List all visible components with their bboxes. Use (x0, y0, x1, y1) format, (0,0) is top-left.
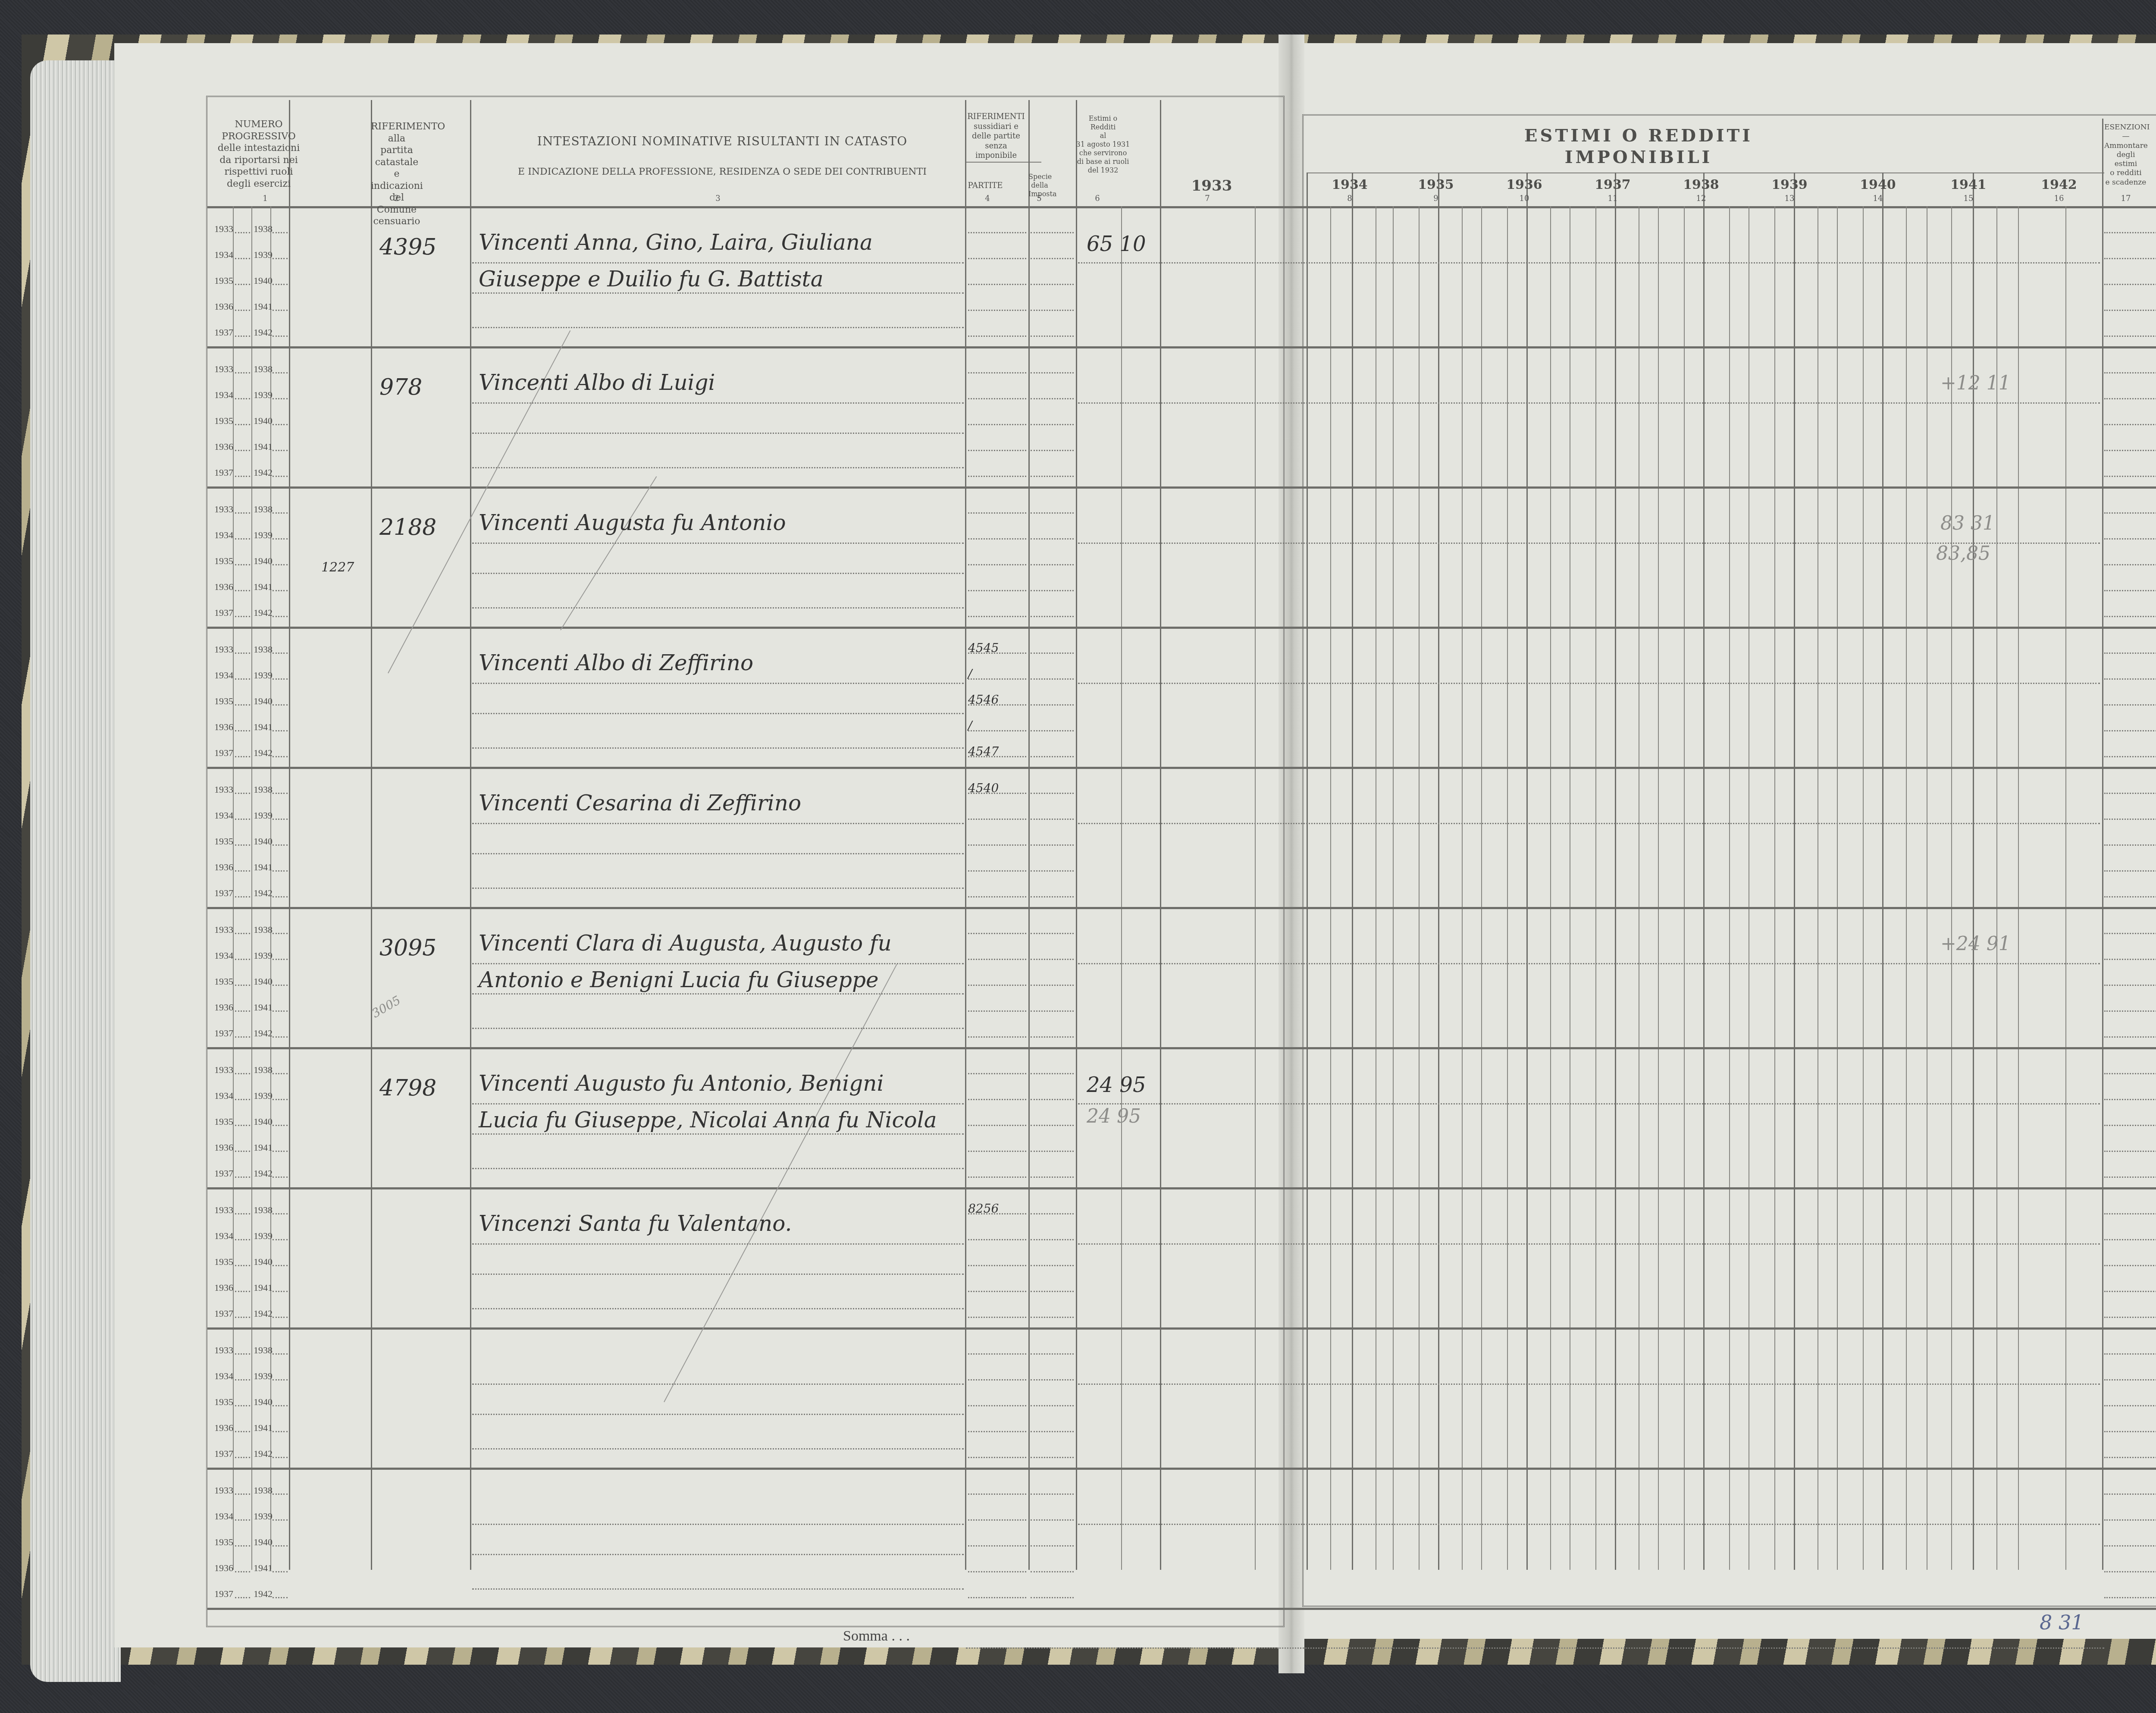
dotted-rule (235, 1317, 250, 1318)
dotted-rule (273, 590, 288, 591)
amount-rule (1078, 1524, 2100, 1525)
name-rule (472, 262, 964, 264)
entry-divider (207, 486, 2156, 489)
column-rule (1882, 173, 1883, 1570)
column-subrule (1906, 206, 1907, 1570)
dotted-rule (235, 284, 250, 285)
col17-sub: degli estimi (2104, 151, 2147, 169)
column-rule (1837, 206, 1838, 1570)
entry-divider (207, 1187, 2156, 1189)
dotted-rule (968, 844, 1026, 846)
dotted-rule (273, 819, 288, 820)
dotted-rule (2104, 870, 2156, 872)
dotted-rule (273, 512, 288, 514)
dotted-rule (273, 372, 288, 373)
year-left: 1933 (214, 924, 233, 935)
dotted-rule (2104, 258, 2156, 259)
dotted-rule (968, 985, 1026, 986)
dotted-rule (1031, 1379, 1074, 1380)
dotted-rule (2104, 1213, 2156, 1214)
dotted-rule (273, 1036, 288, 1038)
dotted-rule (273, 1597, 288, 1598)
owner-name-line1: Vincenti Augusto fu Antonio, Benigni (479, 1071, 884, 1096)
owner-name-line1: Vincenti Anna, Gino, Laira, Giuliana (479, 230, 873, 255)
year-left: 1935 (214, 1396, 233, 1408)
name-rule (472, 543, 964, 544)
col3-subtitle: E INDICAZIONE DELLA PROFESSIONE, RESIDEN… (474, 166, 970, 178)
dotted-rule (2104, 933, 2156, 934)
dotted-rule (235, 1099, 250, 1100)
dotted-rule (273, 1151, 288, 1152)
year-left: 1936 (214, 1002, 233, 1013)
dotted-rule (235, 590, 250, 591)
column-rule (289, 100, 290, 1570)
dotted-rule (2104, 1265, 2156, 1266)
dotted-rule (1031, 870, 1074, 872)
dotted-rule (968, 1545, 1026, 1547)
dotted-rule (2104, 1353, 2156, 1355)
column-subrule (1774, 206, 1775, 1570)
col17-sub: Ammontare (2104, 141, 2147, 151)
dotted-rule (1031, 284, 1074, 285)
year-left: 1937 (214, 1168, 233, 1179)
year-right: 1941 (254, 1282, 273, 1293)
dotted-rule (1031, 1493, 1074, 1495)
column-number: 9 (1423, 194, 1449, 203)
column-rule (470, 100, 471, 1570)
year-left: 1937 (214, 1588, 233, 1600)
dotted-rule (2104, 1317, 2156, 1318)
dotted-rule (1031, 590, 1074, 591)
col6-line: Estimi o Redditi (1075, 114, 1131, 132)
year-right: 1941 (254, 441, 273, 452)
dotted-rule (2104, 959, 2156, 960)
year-left: 1933 (214, 644, 233, 655)
dotted-rule (968, 1151, 1026, 1152)
dotted-rule (235, 1545, 250, 1547)
dotted-rule (273, 985, 288, 986)
dotted-rule (235, 985, 250, 986)
amount-rule (1078, 683, 2100, 684)
column-subrule (1951, 206, 1952, 1570)
year-left: 1937 (214, 327, 233, 338)
dotted-rule (2104, 476, 2156, 477)
dotted-rule (1031, 616, 1074, 617)
partita-number: 978 (379, 374, 422, 400)
owner-name-line2: Giuseppe e Duilio fu G. Battista (479, 267, 823, 292)
column-subrule (1684, 206, 1685, 1570)
col6-line: di base ai ruoli (1075, 157, 1131, 166)
col2-sub: alla partita catastale (371, 133, 423, 169)
dotted-rule (1031, 1036, 1074, 1038)
somma-label: Somma . . . (843, 1628, 910, 1644)
table-bottom-rule (207, 1608, 2156, 1610)
dotted-rule (1031, 844, 1074, 846)
year-left: 1937 (214, 1028, 233, 1039)
column-rule (1481, 206, 1482, 1570)
column-rule (1526, 173, 1528, 1570)
amount-1941: +12 11 (1940, 372, 2011, 394)
amount-1941: +24 91 (1940, 933, 2011, 955)
year-right: 1939 (254, 670, 273, 681)
dotted-rule (273, 1010, 288, 1012)
dotted-rule (273, 1239, 288, 1240)
year-right: 1942 (254, 1168, 273, 1179)
year-right: 1938 (254, 1205, 273, 1216)
column-subrule (1996, 206, 1997, 1570)
dotted-rule (273, 704, 288, 706)
column-rule (2102, 119, 2103, 1570)
dotted-rule (235, 870, 250, 872)
dotted-rule (235, 1519, 250, 1521)
dotted-rule (968, 512, 1026, 514)
year-left: 1935 (214, 1256, 233, 1267)
year-left: 1935 (214, 275, 233, 286)
estimo-1931-revised: 24 95 (1087, 1105, 1141, 1127)
dotted-rule (1031, 1571, 1074, 1572)
name-rule (472, 888, 964, 889)
dotted-rule (273, 1519, 288, 1521)
column-subrule (1550, 206, 1551, 1570)
column-subrule (1639, 206, 1639, 1570)
dotted-rule (2104, 896, 2156, 897)
year-right: 1938 (254, 1345, 273, 1356)
column-subrule (1863, 206, 1864, 1570)
dotted-rule (2104, 1431, 2156, 1432)
year-left: 1936 (214, 581, 233, 593)
year-left: 1933 (214, 1064, 233, 1076)
form-model-label: Mod. 111 - Imposte Dirette (Intercalare)… (2113, 83, 2156, 94)
dotted-rule (968, 616, 1026, 617)
dotted-rule (235, 933, 250, 934)
name-rule (472, 993, 964, 995)
dotted-rule (235, 232, 250, 233)
col45-sub: senza imponibile (964, 141, 1028, 161)
year-header-1938: 1938 (1671, 177, 1731, 193)
year-right: 1942 (254, 1448, 273, 1459)
dotted-rule (1031, 1073, 1074, 1074)
year-right: 1939 (254, 1090, 273, 1101)
dotted-rule (235, 1379, 250, 1380)
column-rule (1749, 206, 1749, 1570)
year-right: 1940 (254, 976, 273, 987)
dotted-rule (2104, 1099, 2156, 1100)
column-rule (2018, 206, 2019, 1570)
column-rule (1076, 100, 1077, 1570)
column-number: 12 (1688, 194, 1714, 203)
dotted-rule (273, 1379, 288, 1380)
dotted-rule (968, 1379, 1026, 1380)
amount-rule (1078, 1243, 2100, 1245)
owner-name-line1: Vincenti Cesarina di Zeffirino (479, 791, 801, 816)
column-rule (1307, 173, 1308, 1570)
dotted-rule (968, 1317, 1026, 1318)
year-left: 1933 (214, 784, 233, 795)
dotted-rule (1031, 372, 1074, 373)
dotted-rule (235, 450, 250, 451)
name-rule (472, 433, 964, 434)
year-right: 1940 (254, 836, 273, 847)
col1-sub: degli esercizi (211, 178, 306, 190)
dotted-rule (235, 1571, 250, 1572)
name-rule (472, 573, 964, 574)
year-right: 1941 (254, 1562, 273, 1574)
entry-divider (207, 1327, 2156, 1330)
dotted-rule (968, 1493, 1026, 1495)
dotted-rule (968, 450, 1026, 451)
name-rule (472, 823, 964, 824)
dotted-rule (2104, 844, 2156, 846)
entry-divider (207, 1047, 2156, 1049)
dotted-rule (273, 450, 288, 451)
amount-1941-revised: 83,85 (1936, 543, 1990, 565)
year-right: 1939 (254, 950, 273, 961)
dotted-rule (2104, 284, 2156, 285)
dotted-rule (235, 653, 250, 654)
dotted-rule (968, 538, 1026, 540)
col2-title: RIFERIMENTO (371, 121, 423, 133)
dotted-rule (273, 959, 288, 960)
dotted-rule (2104, 653, 2156, 654)
amount-rule (1078, 1384, 2100, 1385)
dotted-rule (2104, 1519, 2156, 1521)
year-right: 1940 (254, 1256, 273, 1267)
year-left: 1936 (214, 441, 233, 452)
dotted-rule (2104, 1073, 2156, 1074)
name-rule (472, 607, 964, 609)
amount-rule (1078, 402, 2100, 404)
year-right: 1938 (254, 1064, 273, 1076)
col1-sub: da riportarsi nei rispettivi ruoli (211, 154, 306, 178)
dotted-rule (273, 730, 288, 731)
dotted-rule (235, 258, 250, 259)
dotted-rule (2104, 1571, 2156, 1572)
dotted-rule (968, 1010, 1026, 1012)
dotted-rule (235, 372, 250, 373)
dotted-rule (2104, 704, 2156, 706)
dotted-rule (968, 1099, 1026, 1100)
dotted-rule (235, 793, 250, 794)
dotted-rule (273, 1493, 288, 1495)
dotted-rule (2104, 1597, 2156, 1598)
col6-header: Estimi o Redditi al 31 agosto 1931 che s… (1075, 114, 1131, 175)
year-right: 1941 (254, 301, 273, 312)
amount-1941: 83 31 (1940, 512, 1995, 534)
dotted-rule (235, 336, 250, 337)
name-rule (472, 1384, 964, 1385)
col4-label: PARTITE (966, 181, 1005, 191)
dotted-rule (968, 1571, 1026, 1572)
year-right: 1939 (254, 810, 273, 821)
year-right: 1939 (254, 1511, 273, 1522)
entry-divider (207, 767, 2156, 769)
dotted-rule (273, 1099, 288, 1100)
dotted-rule (968, 336, 1026, 337)
name-rule (472, 1588, 964, 1590)
dotted-rule (2104, 1036, 2156, 1038)
dotted-rule (273, 1571, 288, 1572)
owner-name-line1: Vincenti Albo di Zeffirino (479, 650, 753, 675)
dotted-rule (1031, 564, 1074, 565)
dotted-rule (273, 336, 288, 337)
dotted-rule (235, 1213, 250, 1214)
dotted-rule (2104, 1379, 2156, 1380)
col2-sub: del (371, 192, 423, 204)
dotted-rule (273, 398, 288, 399)
year-header-1934: 1934 (1319, 177, 1380, 193)
name-rule (472, 327, 964, 328)
year-header-1941: 1941 (1938, 177, 1999, 193)
year-left: 1933 (214, 1485, 233, 1496)
name-rule (472, 292, 964, 294)
column-number: 4 (979, 194, 996, 203)
col1-sub: delle intestazioni (211, 142, 306, 154)
dotted-rule (968, 1457, 1026, 1458)
column-rule (371, 100, 372, 1570)
dotted-rule (968, 1519, 1026, 1521)
year-header-1935: 1935 (1406, 177, 1466, 193)
dotted-rule (273, 538, 288, 540)
dotted-rule (1031, 336, 1074, 337)
dotted-rule (2104, 512, 2156, 514)
col1-title: NUMERO PROGRESSIVO (211, 119, 306, 142)
column-number: 16 (2046, 194, 2072, 203)
year-left: 1936 (214, 1422, 233, 1434)
dotted-rule (1031, 310, 1074, 311)
year-left: 1937 (214, 888, 233, 899)
dotted-rule (235, 310, 250, 311)
column-number: 1 (257, 194, 274, 203)
dotted-rule (235, 538, 250, 540)
dotted-rule (1031, 1151, 1074, 1152)
year-right: 1938 (254, 784, 273, 795)
dotted-rule (235, 1151, 250, 1152)
dotted-rule (2104, 756, 2156, 757)
dotted-rule (273, 1177, 288, 1178)
estimi-title: ESTIMI O REDDITI IMPONIBILI (1488, 125, 1789, 168)
col45-header: RIFERIMENTI sussidiari e delle partite s… (964, 112, 1028, 161)
dotted-rule (2104, 1177, 2156, 1178)
name-rule (472, 1028, 964, 1029)
col2-sub: e indicazioni (371, 168, 423, 192)
estimo-1931: 65 10 (1087, 232, 1146, 256)
year-left: 1933 (214, 223, 233, 235)
year-right: 1942 (254, 327, 273, 338)
year-left: 1934 (214, 389, 233, 401)
dotted-rule (968, 310, 1026, 311)
dotted-rule (968, 398, 1026, 399)
year-left: 1934 (214, 1230, 233, 1242)
dotted-rule (1031, 896, 1074, 897)
year-right: 1940 (254, 696, 273, 707)
dotted-rule (1031, 232, 1074, 233)
year-right: 1941 (254, 1002, 273, 1013)
owner-name-line2: Lucia fu Giuseppe, Nicolai Anna fu Nicol… (479, 1107, 937, 1133)
year-right: 1939 (254, 389, 273, 401)
year-right: 1941 (254, 1422, 273, 1434)
year-right: 1941 (254, 862, 273, 873)
dotted-rule (235, 730, 250, 731)
amount-rule (1078, 1103, 2100, 1104)
year-right: 1940 (254, 555, 273, 567)
name-rule (472, 683, 964, 684)
col6-line: al (1075, 132, 1131, 140)
col17-sub: o redditi (2104, 169, 2147, 178)
year-left: 1936 (214, 1562, 233, 1574)
dotted-rule (1031, 1457, 1074, 1458)
dotted-rule (235, 1431, 250, 1432)
name-rule (472, 1554, 964, 1555)
column-number: 13 (1777, 194, 1802, 203)
col3-title: INTESTAZIONI NOMINATIVE RISULTANTI IN CA… (474, 134, 970, 149)
dotted-rule (1031, 1431, 1074, 1432)
dotted-rule (2104, 590, 2156, 591)
dotted-rule (1031, 1405, 1074, 1406)
dotted-rule (1031, 985, 1074, 986)
dotted-rule (1031, 1291, 1074, 1292)
year-right: 1938 (254, 644, 273, 655)
margin-note: 1227 (321, 560, 354, 575)
column-rule (965, 100, 966, 1570)
name-rule (472, 1243, 964, 1245)
column-subrule (1419, 206, 1420, 1570)
dotted-rule (968, 424, 1026, 425)
dotted-rule (968, 1405, 1026, 1406)
dotted-rule (968, 232, 1026, 233)
partita-number: 4798 (379, 1075, 436, 1101)
column-subrule (1376, 206, 1376, 1570)
year-left: 1937 (214, 1308, 233, 1319)
year-left: 1936 (214, 1282, 233, 1293)
dotted-rule (1031, 1213, 1074, 1214)
dotted-rule (968, 1073, 1026, 1074)
col45-divider (966, 162, 1041, 163)
dotted-rule (235, 1073, 250, 1074)
year-left: 1937 (214, 467, 233, 478)
col6-line: 31 agosto 1931 (1075, 140, 1131, 149)
year-left: 1935 (214, 836, 233, 847)
amount-rule (1078, 823, 2100, 824)
dotted-rule (2104, 1239, 2156, 1240)
name-rule (472, 713, 964, 714)
year-left: 1935 (214, 696, 233, 707)
dotted-rule (235, 1291, 250, 1292)
dotted-rule (2104, 1405, 2156, 1406)
year-right: 1942 (254, 1588, 273, 1600)
year-left: 1935 (214, 555, 233, 567)
dotted-rule (273, 1213, 288, 1214)
dotted-rule (2104, 730, 2156, 731)
column-rule (1438, 173, 1439, 1570)
dotted-rule (1031, 1317, 1074, 1318)
amount-rule (1078, 963, 2100, 964)
year-left: 1933 (214, 504, 233, 515)
year-left: 1935 (214, 1537, 233, 1548)
partite-sussidiarie: 4540 (968, 775, 1003, 801)
entry-divider (207, 346, 2156, 348)
year-right: 1939 (254, 1371, 273, 1382)
name-rule (472, 1524, 964, 1525)
year-right: 1942 (254, 747, 273, 759)
column-rule (1352, 173, 1353, 1570)
name-rule (472, 1448, 964, 1449)
dotted-rule (273, 284, 288, 285)
dotted-rule (235, 819, 250, 820)
year-right: 1938 (254, 924, 273, 935)
dotted-rule (968, 1597, 1026, 1598)
year-right: 1938 (254, 223, 273, 235)
somma-rule (966, 1647, 2104, 1649)
